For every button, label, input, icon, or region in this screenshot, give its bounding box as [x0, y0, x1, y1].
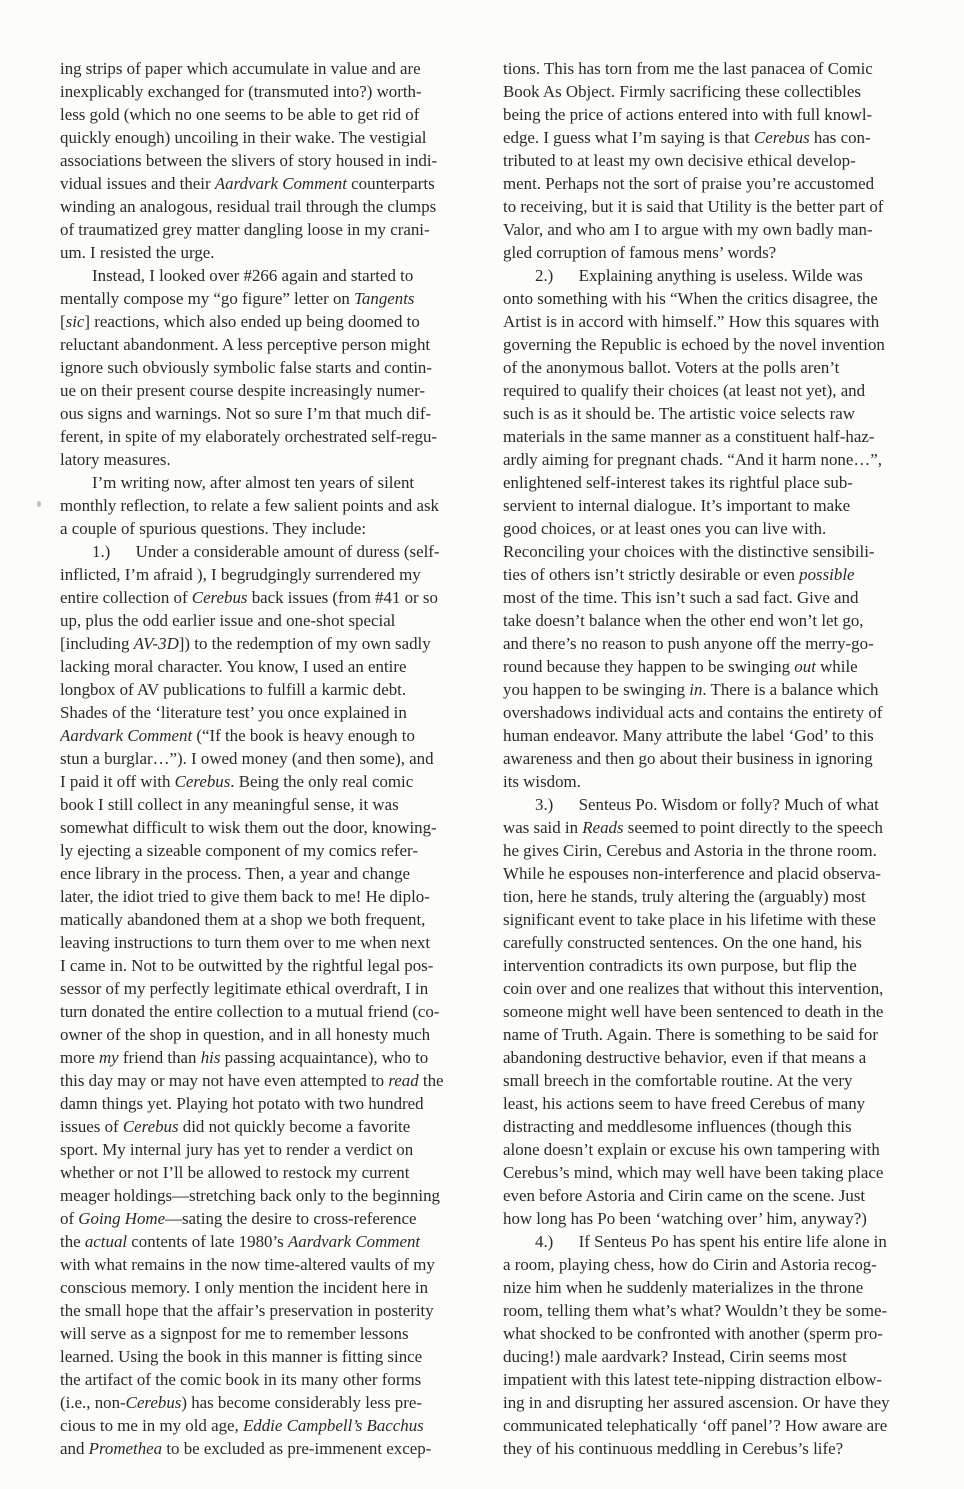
text-run: such is as it should be. The artistic vo…: [503, 404, 855, 423]
text-run: distracting and meddlesome influences (t…: [503, 1117, 852, 1136]
text-run: has con-: [810, 128, 871, 147]
text-run: learned. Using the book in this manner i…: [60, 1347, 422, 1366]
paragraph: 3.) Senteus Po. Wisdom or folly? Much of…: [503, 793, 926, 1230]
text-line: ignore such obviously symbolic false sta…: [60, 356, 479, 379]
text-column-right: tions. This has torn from me the last pa…: [503, 57, 926, 1460]
text-line: um. I resisted the urge.: [60, 241, 479, 264]
text-line: ence library in the process. Then, a yea…: [60, 862, 479, 885]
text-line: tributed to at least my own decisive eth…: [503, 149, 926, 172]
text-run: lacking moral character. You know, I use…: [60, 657, 406, 676]
text-line: of traumatized grey matter dangling loos…: [60, 218, 479, 241]
text-run: seemed to point directly to the speech: [624, 818, 883, 837]
text-line: edge. I guess what I’m saying is that Ce…: [503, 126, 926, 149]
text-run: vidual issues and their: [60, 174, 215, 193]
text-line: Instead, I looked over #266 again and st…: [60, 264, 479, 287]
text-line: longbox of AV publications to fulfill a …: [60, 678, 479, 701]
text-run: contents of late 1980’s: [127, 1232, 288, 1251]
text-line: monthly reflection, to relate a few sali…: [60, 494, 479, 517]
text-run: Valor, and who am I to argue with my own…: [503, 220, 873, 239]
text-run: sessor of my perfectly legitimate ethica…: [60, 979, 428, 998]
text-run: onto something with his “When the critic…: [503, 289, 878, 308]
text-line: a couple of spurious questions. They inc…: [60, 517, 479, 540]
text-line: servient to internal dialogue. It’s impo…: [503, 494, 926, 517]
text-run: matically abandoned them at a shop we bo…: [60, 910, 425, 929]
text-line: meager holdings—stretching back only to …: [60, 1184, 479, 1207]
text-line: matically abandoned them at a shop we bo…: [60, 908, 479, 931]
text-run: this day may or may not have even attemp…: [60, 1071, 388, 1090]
text-line: ue on their present course despite incre…: [60, 379, 479, 402]
text-line: entire collection of Cerebus back issues…: [60, 586, 479, 609]
text-line: even before Astoria and Cirin came on th…: [503, 1184, 926, 1207]
text-run: counterparts: [347, 174, 435, 193]
text-line: with what remains in the now time-altere…: [60, 1253, 479, 1276]
text-run: ) has become considerably less pre-: [181, 1393, 422, 1412]
text-run: governing the Republic is echoed by the …: [503, 335, 885, 354]
text-run: intervention contradicts its own purpose…: [503, 956, 857, 975]
text-run: associations between the slivers of stor…: [60, 151, 437, 170]
text-line: Aardvark Comment (“If the book is heavy …: [60, 724, 479, 747]
text-run: friend than: [119, 1048, 201, 1067]
text-run: I’m writing now, after almost ten years …: [92, 473, 414, 492]
text-run: cious to me in my old age,: [60, 1416, 243, 1435]
text-line: ous signs and warnings. Not so sure I’m …: [60, 402, 479, 425]
text-line: ardly aiming for pregnant chads. “And it…: [503, 448, 926, 471]
text-line: alone doesn’t explain or excuse his own …: [503, 1138, 926, 1161]
text-line: Book As Object. Firmly sacrificing these…: [503, 80, 926, 103]
text-run: 2.) Explaining anything is useless. Wild…: [535, 266, 863, 285]
text-line: and there’s no reason to push anyone off…: [503, 632, 926, 655]
scan-speck-artifact: [37, 501, 41, 507]
text-line: ing in and disrupting her assured ascens…: [503, 1391, 926, 1414]
text-run: owner of the shop in question, and in al…: [60, 1025, 430, 1044]
text-line: nize him when he suddenly materializes i…: [503, 1276, 926, 1299]
text-run: I paid it off with: [60, 772, 175, 791]
text-run: awareness and then go about their busine…: [503, 749, 873, 768]
text-run: someone might well have been sentenced t…: [503, 1002, 883, 1021]
text-run: back issues (from #41 or so: [247, 588, 437, 607]
paragraph: tions. This has torn from me the last pa…: [503, 57, 926, 264]
text-line: overshadows individual acts and contains…: [503, 701, 926, 724]
text-line: small breech in the comfortable routine.…: [503, 1069, 926, 1092]
text-line: damn things yet. Playing hot potato with…: [60, 1092, 479, 1115]
text-line: will serve as a signpost for me to remem…: [60, 1322, 479, 1345]
text-line: ferent, in spite of my elaborately orche…: [60, 425, 479, 448]
text-run: and there’s no reason to push anyone off…: [503, 634, 874, 653]
text-run: whether or not I’ll be allowed to restoc…: [60, 1163, 409, 1182]
text-run: Artist is in accord with himself.” How t…: [503, 312, 879, 331]
text-line: ducing!) male aardvark? Instead, Cirin s…: [503, 1345, 926, 1368]
text-line: human endeavor. Many attribute the label…: [503, 724, 926, 747]
paragraph: 4.) If Senteus Po has spent his entire l…: [503, 1230, 926, 1460]
text-line: communicated telephatically ‘off panel’?…: [503, 1414, 926, 1437]
italic-text-run: Aardvark Comment: [60, 726, 192, 745]
text-line: being the price of actions entered into …: [503, 103, 926, 126]
text-line: I came in. Not to be outwitted by the ri…: [60, 954, 479, 977]
text-line: 2.) Explaining anything is useless. Wild…: [503, 264, 926, 287]
text-line: its wisdom.: [503, 770, 926, 793]
text-line: ly ejecting a sizeable component of my c…: [60, 839, 479, 862]
text-run: the: [60, 1232, 85, 1251]
text-run: mentally compose my “go figure” letter o…: [60, 289, 354, 308]
text-line: and Promethea to be excluded as pre-imme…: [60, 1437, 479, 1460]
text-run: I came in. Not to be outwitted by the ri…: [60, 956, 433, 975]
text-run: human endeavor. Many attribute the label…: [503, 726, 874, 745]
text-line: name of Truth. Again. There is something…: [503, 1023, 926, 1046]
text-run: While he espouses non-interference and p…: [503, 864, 881, 883]
text-run: they of his continuous meddling in Cereb…: [503, 1439, 843, 1458]
text-run: enlightened self-interest takes its righ…: [503, 473, 853, 492]
text-run: stun a burglar…”). I owed money (and the…: [60, 749, 434, 768]
text-line: later, the idiot tried to give them back…: [60, 885, 479, 908]
text-line: least, his actions seem to have freed Ce…: [503, 1092, 926, 1115]
text-line: the small hope that the affair’s preserv…: [60, 1299, 479, 1322]
text-run: take doesn’t balance when the other end …: [503, 611, 864, 630]
text-line: leaving instructions to turn them over t…: [60, 931, 479, 954]
text-line: Artist is in accord with himself.” How t…: [503, 310, 926, 333]
text-run: leaving instructions to turn them over t…: [60, 933, 430, 952]
text-run: nize him when he suddenly materializes i…: [503, 1278, 863, 1297]
text-run: winding an analogous, residual trail thr…: [60, 197, 436, 216]
text-line: you happen to be swinging in. There is a…: [503, 678, 926, 701]
text-run: ous signs and warnings. Not so sure I’m …: [60, 404, 431, 423]
text-line: governing the Republic is echoed by the …: [503, 333, 926, 356]
text-line: I’m writing now, after almost ten years …: [60, 471, 479, 494]
italic-text-run: Cerebus: [754, 128, 810, 147]
text-line: gled corruption of famous mens’ words?: [503, 241, 926, 264]
text-run: being the price of actions entered into …: [503, 105, 872, 124]
text-run: overshadows individual acts and contains…: [503, 703, 882, 722]
text-run: a room, playing chess, how do Cirin and …: [503, 1255, 877, 1274]
text-line: 1.) Under a considerable amount of dures…: [60, 540, 479, 563]
text-line: quickly enough) uncoiling in their wake.…: [60, 126, 479, 149]
text-run: —sating the desire to cross-reference: [165, 1209, 416, 1228]
text-run: longbox of AV publications to fulfill a …: [60, 680, 406, 699]
italic-text-run: Cerebus: [192, 588, 248, 607]
text-line: owner of the shop in question, and in al…: [60, 1023, 479, 1046]
text-line: ment. Perhaps not the sort of praise you…: [503, 172, 926, 195]
text-run: 1.) Under a considerable amount of dures…: [92, 542, 440, 561]
italic-text-run: Eddie Campbell’s Bacchus: [243, 1416, 424, 1435]
paragraph-indent: [503, 809, 535, 810]
text-line: inexplicably exchanged for (transmuted i…: [60, 80, 479, 103]
text-line: (i.e., non-Cerebus) has become considera…: [60, 1391, 479, 1414]
text-run: good choices, or at least ones you can l…: [503, 519, 826, 538]
text-run: least, his actions seem to have freed Ce…: [503, 1094, 865, 1113]
text-run: of traumatized grey matter dangling loos…: [60, 220, 430, 239]
text-run: significant event to take place in his l…: [503, 910, 876, 929]
text-line: onto something with his “When the critic…: [503, 287, 926, 310]
text-line: impatient with this latest tete-nipping …: [503, 1368, 926, 1391]
text-run: materials in the same manner as a consti…: [503, 427, 874, 446]
text-line: associations between the slivers of stor…: [60, 149, 479, 172]
text-line: Cerebus’s mind, which may well have been…: [503, 1161, 926, 1184]
text-line: stun a burglar…”). I owed money (and the…: [60, 747, 479, 770]
text-run: sport. My internal jury has yet to rende…: [60, 1140, 413, 1159]
text-run: monthly reflection, to relate a few sali…: [60, 496, 439, 515]
text-run: less gold (which no one seems to be able…: [60, 105, 419, 124]
text-line: While he espouses non-interference and p…: [503, 862, 926, 885]
text-run: quickly enough) uncoiling in their wake.…: [60, 128, 427, 147]
text-run: carefully constructed sentences. On the …: [503, 933, 862, 952]
text-column-left: ing strips of paper which accumulate in …: [60, 57, 479, 1460]
text-run: [including: [60, 634, 134, 653]
text-run: impatient with this latest tete-nipping …: [503, 1370, 882, 1389]
text-line: distracting and meddlesome influences (t…: [503, 1115, 926, 1138]
text-line: what shocked to be confronted with anoth…: [503, 1322, 926, 1345]
text-line: [including AV-3D]) to the redemption of …: [60, 632, 479, 655]
text-run: Reconciling your choices with the distin…: [503, 542, 875, 561]
paragraph: 1.) Under a considerable amount of dures…: [60, 540, 479, 1460]
italic-text-run: sic: [66, 312, 85, 331]
text-run: ] reactions, which also ended up being d…: [84, 312, 419, 331]
text-run: name of Truth. Again. There is something…: [503, 1025, 878, 1044]
text-line: materials in the same manner as a consti…: [503, 425, 926, 448]
text-line: the actual contents of late 1980’s Aardv…: [60, 1230, 479, 1253]
italic-text-run: out: [794, 657, 816, 676]
text-line: Shades of the ‘literature test’ you once…: [60, 701, 479, 724]
text-line: intervention contradicts its own purpose…: [503, 954, 926, 977]
text-run: while: [816, 657, 858, 676]
text-line: required to qualify their choices (at le…: [503, 379, 926, 402]
text-run: required to qualify their choices (at le…: [503, 381, 865, 400]
text-run: somewhat difficult to wisk them out the …: [60, 818, 437, 837]
text-run: ue on their present course despite incre…: [60, 381, 425, 400]
italic-text-run: Cerebus: [126, 1393, 182, 1412]
text-run: with what remains in the now time-altere…: [60, 1255, 435, 1274]
text-run: ing strips of paper which accumulate in …: [60, 59, 421, 78]
text-line: to receiving, but it is said that Utilit…: [503, 195, 926, 218]
text-line: he gives Cirin, Cerebus and Astoria in t…: [503, 839, 926, 862]
text-run: alone doesn’t explain or excuse his own …: [503, 1140, 880, 1159]
text-line: up, plus the odd earlier issue and one-s…: [60, 609, 479, 632]
paragraph: ing strips of paper which accumulate in …: [60, 57, 479, 264]
text-run: of the anonymous ballot. Voters at the p…: [503, 358, 839, 377]
text-line: enlightened self-interest takes its righ…: [503, 471, 926, 494]
text-run: issues of: [60, 1117, 123, 1136]
text-run: (i.e., non-: [60, 1393, 126, 1412]
paragraph-indent: [60, 280, 92, 281]
text-line: reluctant abandonment. A less perceptive…: [60, 333, 479, 356]
text-line: more my friend than his passing acquaint…: [60, 1046, 479, 1069]
text-run: tributed to at least my own decisive eth…: [503, 151, 856, 170]
text-run: ignore such obviously symbolic false sta…: [60, 358, 432, 377]
text-run: room, telling them what’s what? Wouldn’t…: [503, 1301, 887, 1320]
text-run: later, the idiot tried to give them back…: [60, 887, 430, 906]
text-run: um. I resisted the urge.: [60, 243, 214, 262]
text-line: sport. My internal jury has yet to rende…: [60, 1138, 479, 1161]
text-line: whether or not I’ll be allowed to restoc…: [60, 1161, 479, 1184]
text-run: conscious memory. I only mention the inc…: [60, 1278, 428, 1297]
italic-text-run: Going Home: [78, 1209, 165, 1228]
text-run: Shades of the ‘literature test’ you once…: [60, 703, 407, 722]
text-line: such is as it should be. The artistic vo…: [503, 402, 926, 425]
text-run: ducing!) male aardvark? Instead, Cirin s…: [503, 1347, 847, 1366]
text-line: ing strips of paper which accumulate in …: [60, 57, 479, 80]
text-run: servient to internal dialogue. It’s impo…: [503, 496, 850, 515]
text-line: winding an analogous, residual trail thr…: [60, 195, 479, 218]
text-line: was said in Reads seemed to point direct…: [503, 816, 926, 839]
paragraph: I’m writing now, after almost ten years …: [60, 471, 479, 540]
text-line: 4.) If Senteus Po has spent his entire l…: [503, 1230, 926, 1253]
text-run: 4.) If Senteus Po has spent his entire l…: [535, 1232, 887, 1251]
text-run: ties of others isn’t strictly desirable …: [503, 565, 799, 584]
italic-text-run: possible: [799, 565, 854, 584]
text-line: significant event to take place in his l…: [503, 908, 926, 931]
text-line: of the anonymous ballot. Voters at the p…: [503, 356, 926, 379]
text-run: did not quickly become a favorite: [179, 1117, 411, 1136]
text-line: vidual issues and their Aardvark Comment…: [60, 172, 479, 195]
text-run: the small hope that the affair’s preserv…: [60, 1301, 434, 1320]
text-run: entire collection of: [60, 588, 192, 607]
text-run: will serve as a signpost for me to remem…: [60, 1324, 409, 1343]
text-line: of Going Home—sating the desire to cross…: [60, 1207, 479, 1230]
italic-text-run: my: [99, 1048, 119, 1067]
paragraph-indent: [503, 280, 535, 281]
text-run: ing in and disrupting her assured ascens…: [503, 1393, 890, 1412]
text-run: was said in: [503, 818, 582, 837]
italic-text-run: in: [689, 680, 702, 699]
text-line: turn donated the entire collection to a …: [60, 1000, 479, 1023]
text-run: round because they happen to be swinging: [503, 657, 794, 676]
text-run: the artifact of the comic book in its ma…: [60, 1370, 421, 1389]
paragraph-indent: [60, 487, 92, 488]
text-run: even before Astoria and Cirin came on th…: [503, 1186, 865, 1205]
text-line: learned. Using the book in this manner i…: [60, 1345, 479, 1368]
text-run: he gives Cirin, Cerebus and Astoria in t…: [503, 841, 877, 860]
text-run: Instead, I looked over #266 again and st…: [92, 266, 413, 285]
text-line: latory measures.: [60, 448, 479, 471]
text-line: how long has Po been ‘watching over’ him…: [503, 1207, 926, 1230]
text-run: to be excluded as pre-immenent excep-: [162, 1439, 431, 1458]
text-line: ties of others isn’t strictly desirable …: [503, 563, 926, 586]
text-line: less gold (which no one seems to be able…: [60, 103, 479, 126]
paragraph: 2.) Explaining anything is useless. Wild…: [503, 264, 926, 793]
text-line: carefully constructed sentences. On the …: [503, 931, 926, 954]
text-run: inexplicably exchanged for (transmuted i…: [60, 82, 422, 101]
text-run: to receiving, but it is said that Utilit…: [503, 197, 883, 216]
text-run: tion, here he stands, truly altering the…: [503, 887, 866, 906]
text-run: ence library in the process. Then, a yea…: [60, 864, 410, 883]
text-line: conscious memory. I only mention the inc…: [60, 1276, 479, 1299]
italic-text-run: Reads: [582, 818, 623, 837]
text-line: I paid it off with Cerebus. Being the on…: [60, 770, 479, 793]
text-line: round because they happen to be swinging…: [503, 655, 926, 678]
text-run: up, plus the odd earlier issue and one-s…: [60, 611, 395, 630]
text-run: Cerebus’s mind, which may well have been…: [503, 1163, 883, 1182]
text-line: most of the time. This isn’t such a sad …: [503, 586, 926, 609]
italic-text-run: Aardvark Comment: [215, 174, 347, 193]
italic-text-run: Cerebus: [123, 1117, 179, 1136]
text-line: the artifact of the comic book in its ma…: [60, 1368, 479, 1391]
text-run: . Being the only real comic: [230, 772, 413, 791]
text-line: Valor, and who am I to argue with my own…: [503, 218, 926, 241]
text-run: you happen to be swinging: [503, 680, 689, 699]
italic-text-run: Aardvark Comment: [288, 1232, 420, 1251]
text-run: meager holdings—stretching back only to …: [60, 1186, 440, 1205]
text-run: gled corruption of famous mens’ words?: [503, 243, 776, 262]
text-run: ment. Perhaps not the sort of praise you…: [503, 174, 874, 193]
text-line: someone might well have been sentenced t…: [503, 1000, 926, 1023]
scanned-letter-page: ing strips of paper which accumulate in …: [0, 0, 964, 1489]
text-run: book I still collect in any meaningful s…: [60, 795, 399, 814]
text-line: [sic] reactions, which also ended up bei…: [60, 310, 479, 333]
text-line: awareness and then go about their busine…: [503, 747, 926, 770]
text-line: book I still collect in any meaningful s…: [60, 793, 479, 816]
italic-text-run: Tangents: [354, 289, 414, 308]
text-run: what shocked to be confronted with anoth…: [503, 1324, 883, 1343]
italic-text-run: Cerebus: [175, 772, 231, 791]
text-line: inflicted, I’m afraid ), I begrudgingly …: [60, 563, 479, 586]
text-run: and: [60, 1439, 89, 1458]
text-run: 3.) Senteus Po. Wisdom or folly? Much of…: [535, 795, 879, 814]
text-line: abandoning destructive behavior, even if…: [503, 1046, 926, 1069]
text-run: latory measures.: [60, 450, 171, 469]
text-line: somewhat difficult to wisk them out the …: [60, 816, 479, 839]
text-run: small breech in the comfortable routine.…: [503, 1071, 852, 1090]
italic-text-run: AV-3D: [134, 634, 179, 653]
text-run: (“If the book is heavy enough to: [192, 726, 415, 745]
text-run: most of the time. This isn’t such a sad …: [503, 588, 858, 607]
text-run: how long has Po been ‘watching over’ him…: [503, 1209, 867, 1228]
text-line: a room, playing chess, how do Cirin and …: [503, 1253, 926, 1276]
text-run: inflicted, I’m afraid ), I begrudgingly …: [60, 565, 421, 584]
text-line: room, telling them what’s what? Wouldn’t…: [503, 1299, 926, 1322]
text-run: abandoning destructive behavior, even if…: [503, 1048, 866, 1067]
italic-text-run: Promethea: [89, 1439, 162, 1458]
text-run: Book As Object. Firmly sacrificing these…: [503, 82, 861, 101]
text-run: communicated telephatically ‘off panel’?…: [503, 1416, 887, 1435]
text-run: passing acquaintance), who to: [220, 1048, 428, 1067]
text-run: of: [60, 1209, 78, 1228]
text-run: the: [419, 1071, 444, 1090]
text-line: they of his continuous meddling in Cereb…: [503, 1437, 926, 1460]
text-line: lacking moral character. You know, I use…: [60, 655, 479, 678]
italic-text-run: actual: [85, 1232, 127, 1251]
text-line: cious to me in my old age, Eddie Campbel…: [60, 1414, 479, 1437]
italic-text-run: his: [201, 1048, 221, 1067]
text-line: take doesn’t balance when the other end …: [503, 609, 926, 632]
text-line: coin over and one realizes that without …: [503, 977, 926, 1000]
text-run: ardly aiming for pregnant chads. “And it…: [503, 450, 882, 469]
paragraph-indent: [503, 1246, 535, 1247]
text-line: this day may or may not have even attemp…: [60, 1069, 479, 1092]
text-run: ]) to the redemption of my own sadly: [179, 634, 431, 653]
text-run: coin over and one realizes that without …: [503, 979, 883, 998]
italic-text-run: read: [388, 1071, 418, 1090]
text-run: . There is a balance which: [702, 680, 878, 699]
paragraph-indent: [60, 556, 92, 557]
paragraph: Instead, I looked over #266 again and st…: [60, 264, 479, 471]
text-run: tions. This has torn from me the last pa…: [503, 59, 873, 78]
text-run: turn donated the entire collection to a …: [60, 1002, 439, 1021]
text-line: mentally compose my “go figure” letter o…: [60, 287, 479, 310]
text-line: tion, here he stands, truly altering the…: [503, 885, 926, 908]
text-run: ferent, in spite of my elaborately orche…: [60, 427, 437, 446]
text-run: its wisdom.: [503, 772, 581, 791]
text-line: good choices, or at least ones you can l…: [503, 517, 926, 540]
text-line: Reconciling your choices with the distin…: [503, 540, 926, 563]
text-run: more: [60, 1048, 99, 1067]
text-line: tions. This has torn from me the last pa…: [503, 57, 926, 80]
text-line: 3.) Senteus Po. Wisdom or folly? Much of…: [503, 793, 926, 816]
text-run: edge. I guess what I’m saying is that: [503, 128, 754, 147]
text-run: damn things yet. Playing hot potato with…: [60, 1094, 424, 1113]
text-run: reluctant abandonment. A less perceptive…: [60, 335, 430, 354]
text-line: issues of Cerebus did not quickly become…: [60, 1115, 479, 1138]
text-run: ly ejecting a sizeable component of my c…: [60, 841, 418, 860]
text-line: sessor of my perfectly legitimate ethica…: [60, 977, 479, 1000]
text-run: a couple of spurious questions. They inc…: [60, 519, 366, 538]
